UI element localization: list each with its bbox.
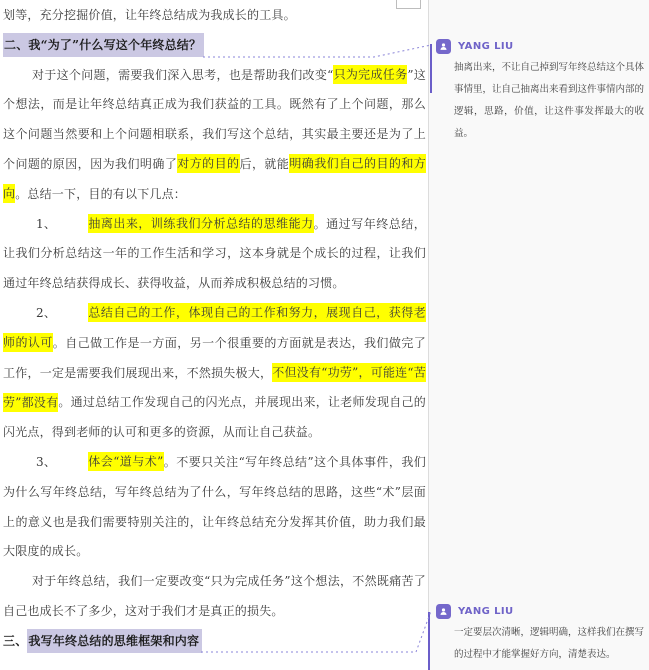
list-number: 3、 bbox=[36, 448, 88, 478]
comment-author: YANG LIU bbox=[458, 606, 514, 617]
comments-panel: YANG LIU抽离出来，不让自己掉到写年终总结这个具体事情里，让自己抽离出来看… bbox=[429, 0, 649, 670]
highlighted-text: 体会“道与术” bbox=[88, 452, 164, 471]
text-run: 对于这个问题，需要我们深入思考，也是帮助我们改变“ bbox=[32, 68, 333, 82]
list-number: 1、 bbox=[36, 210, 88, 240]
comment-range-bar bbox=[430, 44, 432, 93]
highlighted-text: 对方的目的 bbox=[177, 154, 239, 173]
document-page[interactable]: 划等，充分挖掘价值，让年终总结成为我成长的工具。二、我“为了”什么写这个年终总结… bbox=[0, 0, 428, 670]
comment-card[interactable]: YANG LIU一定要层次清晰，逻辑明确，这样我们在撰写的过程中才能掌握好方向，… bbox=[436, 604, 644, 666]
document-paragraph: 1、抽离出来，训练我们分析总结的思维能力。通过写年终总结，让我们分析总结这一年的… bbox=[3, 210, 426, 299]
user-avatar-icon bbox=[436, 39, 451, 54]
highlighted-text: 只为完成任务 bbox=[333, 65, 407, 84]
text-run: 。通过总结工作发现自己的闪光点，并展现出来，让老师发现自己的闪光点，得到老师的认… bbox=[3, 395, 426, 439]
highlighted-text: 二、我“为了”什么写这个年终总结？ bbox=[3, 33, 204, 57]
comment-range-bar bbox=[428, 612, 430, 670]
comment-text: 一定要层次清晰，逻辑明确，这样我们在撰写的过程中才能掌握好方向，清楚表达。 bbox=[454, 622, 644, 666]
list-number: 2、 bbox=[36, 299, 88, 329]
document-paragraph: 2、总结自己的工作，体现自己的工作和努力，展现自己，获得老师的认可。自己做工作是… bbox=[3, 299, 426, 448]
document-paragraph: 3、体会“道与术”。不要只关注“写年终总结”这个具体事件，我们为什么写年终总结，… bbox=[3, 448, 426, 567]
comment-text: 抽离出来，不让自己掉到写年终总结这个具体事情里，让自己抽离出来看到这件事情内部的… bbox=[454, 57, 644, 145]
user-avatar-icon bbox=[436, 604, 451, 619]
document-paragraph: 划等，充分挖掘价值，让年终总结成为我成长的工具。 bbox=[3, 1, 426, 31]
comment-card[interactable]: YANG LIU抽离出来，不让自己掉到写年终总结这个具体事情里，让自己抽离出来看… bbox=[436, 39, 644, 145]
document-heading: 二、我“为了”什么写这个年终总结？ bbox=[3, 31, 426, 61]
text-run: 三、 bbox=[3, 634, 27, 648]
text-run: 后，就能 bbox=[240, 157, 290, 171]
text-run: 。总结一下，目的有以下几点： bbox=[15, 187, 186, 201]
comment-header: YANG LIU bbox=[436, 604, 644, 619]
highlighted-text: 抽离出来，训练我们分析总结的思维能力 bbox=[88, 214, 314, 233]
text-run: 对于年终总结，我们一定要改变“只为完成任务”这个想法，不然既痛苦了自己也成长不了… bbox=[3, 574, 426, 618]
document-paragraph: 对于年终总结，我们一定要改变“只为完成任务”这个想法，不然既痛苦了自己也成长不了… bbox=[3, 567, 426, 627]
text-run: 划等，充分挖掘价值，让年终总结成为我成长的工具。 bbox=[3, 8, 296, 22]
word-document-view: 划等，充分挖掘价值，让年终总结成为我成长的工具。二、我“为了”什么写这个年终总结… bbox=[0, 0, 649, 670]
comment-header: YANG LIU bbox=[436, 39, 644, 54]
comment-author: YANG LIU bbox=[458, 41, 514, 52]
anchor-marker bbox=[396, 0, 421, 9]
highlighted-text: 我写年终总结的思维框架和内容 bbox=[27, 629, 202, 653]
document-heading: 三、我写年终总结的思维框架和内容 bbox=[3, 627, 426, 657]
document-paragraph: 对于这个问题，需要我们深入思考，也是帮助我们改变“只为完成任务”这个想法，而是让… bbox=[3, 61, 426, 210]
